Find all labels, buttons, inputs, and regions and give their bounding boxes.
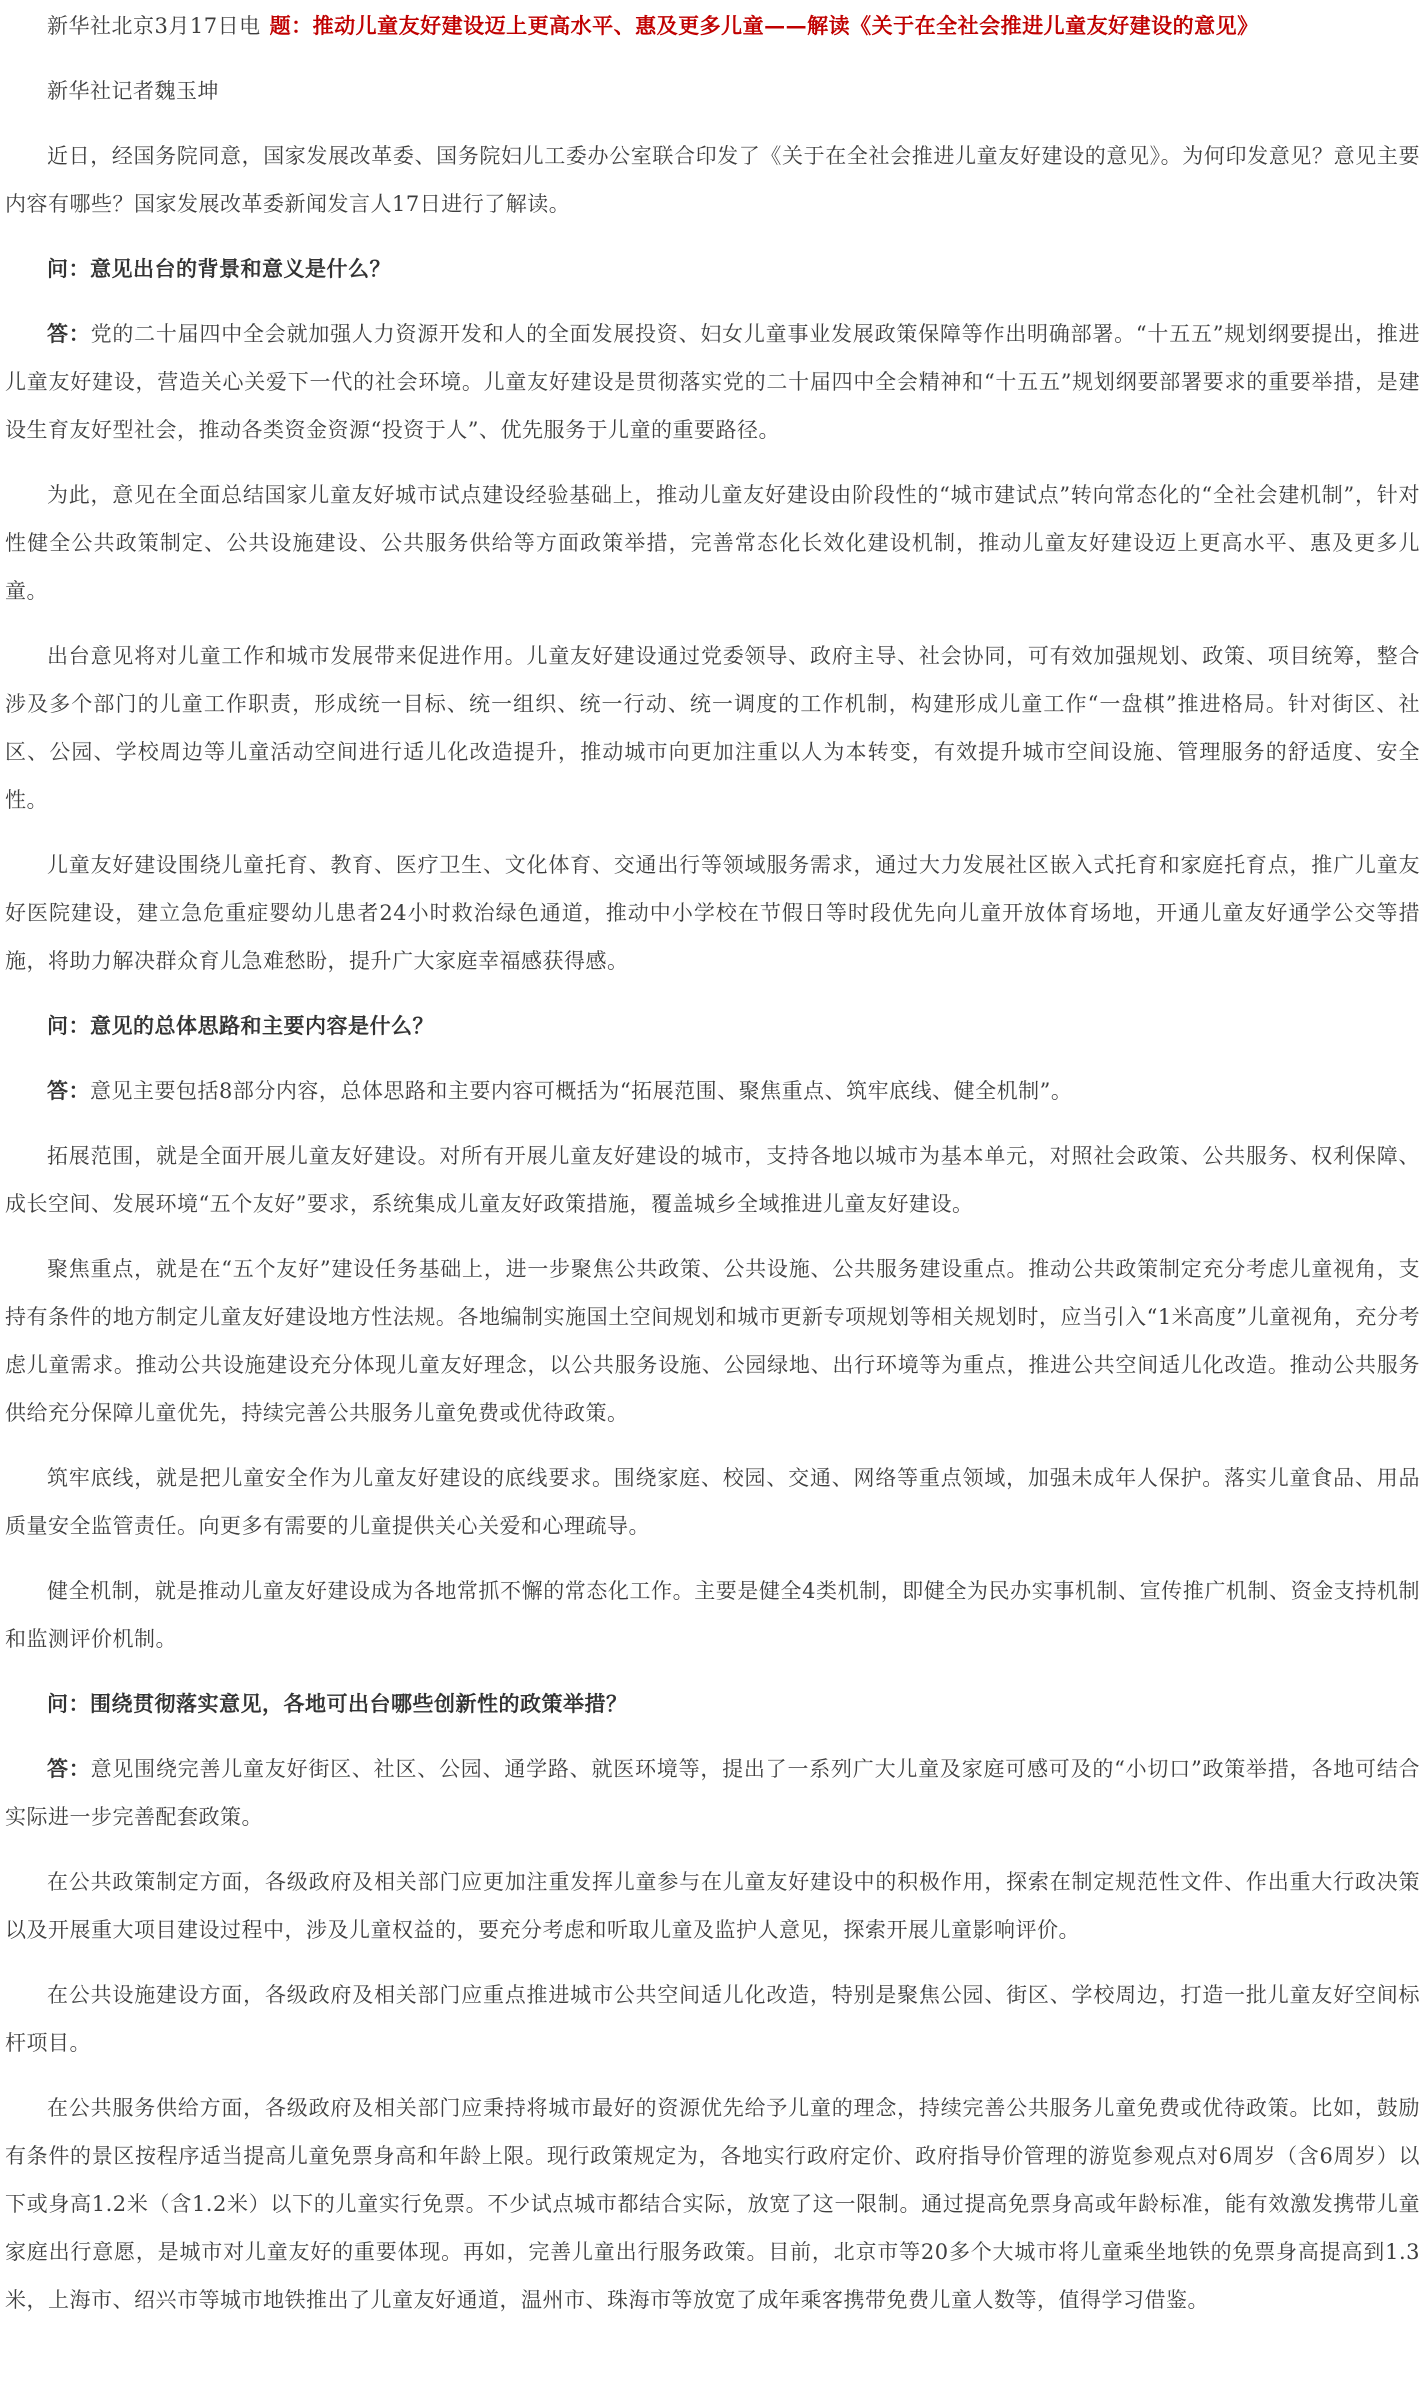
body-paragraph: 在公共政策制定方面，各级政府及相关部门应更加注重发挥儿童参与在儿童友好建设中的积… <box>5 1858 1420 1954</box>
body-paragraph: 新华社记者魏玉坤 <box>5 67 1420 115</box>
body-paragraph: 健全机制，就是推动儿童友好建设成为各地常抓不懈的常态化工作。主要是健全4类机制，… <box>5 1567 1420 1663</box>
answer-prefix: 答： <box>47 1756 91 1781</box>
question-heading: 问：围绕贯彻落实意见，各地可出台哪些创新性的政策举措？ <box>5 1680 1420 1728</box>
answer-prefix: 答： <box>47 1078 90 1103</box>
body-paragraph: 近日，经国务院同意，国家发展改革委、国务院妇儿工委办公室联合印发了《关于在全社会… <box>5 132 1420 228</box>
body-paragraph: 答：意见主要包括8部分内容，总体思路和主要内容可概括为“拓展范围、聚焦重点、筑牢… <box>5 1067 1420 1115</box>
body-paragraph: 在公共设施建设方面，各级政府及相关部门应重点推进城市公共空间适儿化改造，特别是聚… <box>5 1971 1420 2067</box>
body-paragraph: 答：党的二十届四中全会就加强人力资源开发和人的全面发展投资、妇女儿童事业发展政策… <box>5 310 1420 454</box>
body-paragraph: 在公共服务供给方面，各级政府及相关部门应秉持将城市最好的资源优先给予儿童的理念，… <box>5 2084 1420 2324</box>
body-paragraph: 为此，意见在全面总结国家儿童友好城市试点建设经验基础上，推动儿童友好建设由阶段性… <box>5 471 1420 615</box>
body-paragraph: 答：意见围绕完善儿童友好街区、社区、公园、通学路、就医环境等，提出了一系列广大儿… <box>5 1745 1420 1841</box>
article-body: 新华社记者魏玉坤近日，经国务院同意，国家发展改革委、国务院妇儿工委办公室联合印发… <box>5 67 1420 2324</box>
article-title: 题：推动儿童友好建设迈上更高水平、惠及更多儿童——解读《关于在全社会推进儿童友好… <box>270 13 1259 38</box>
question-heading: 问：意见出台的背景和意义是什么？ <box>5 245 1420 293</box>
article-page: 新华社北京3月17日电题：推动儿童友好建设迈上更高水平、惠及更多儿童——解读《关… <box>0 0 1426 2371</box>
body-paragraph: 出台意见将对儿童工作和城市发展带来促进作用。儿童友好建设通过党委领导、政府主导、… <box>5 632 1420 824</box>
question-heading: 问：意见的总体思路和主要内容是什么？ <box>5 1002 1420 1050</box>
body-paragraph: 儿童友好建设围绕儿童托育、教育、医疗卫生、文化体育、交通出行等领域服务需求，通过… <box>5 841 1420 985</box>
body-paragraph: 聚焦重点，就是在“五个友好”建设任务基础上，进一步聚焦公共政策、公共设施、公共服… <box>5 1245 1420 1437</box>
body-paragraph: 拓展范围，就是全面开展儿童友好建设。对所有开展儿童友好建设的城市，支持各地以城市… <box>5 1132 1420 1228</box>
dateline: 新华社北京3月17日电 <box>47 14 261 38</box>
answer-prefix: 答： <box>47 321 91 346</box>
headline-paragraph: 新华社北京3月17日电题：推动儿童友好建设迈上更高水平、惠及更多儿童——解读《关… <box>5 2 1420 50</box>
body-paragraph: 筑牢底线，就是把儿童安全作为儿童友好建设的底线要求。围绕家庭、校园、交通、网络等… <box>5 1454 1420 1550</box>
